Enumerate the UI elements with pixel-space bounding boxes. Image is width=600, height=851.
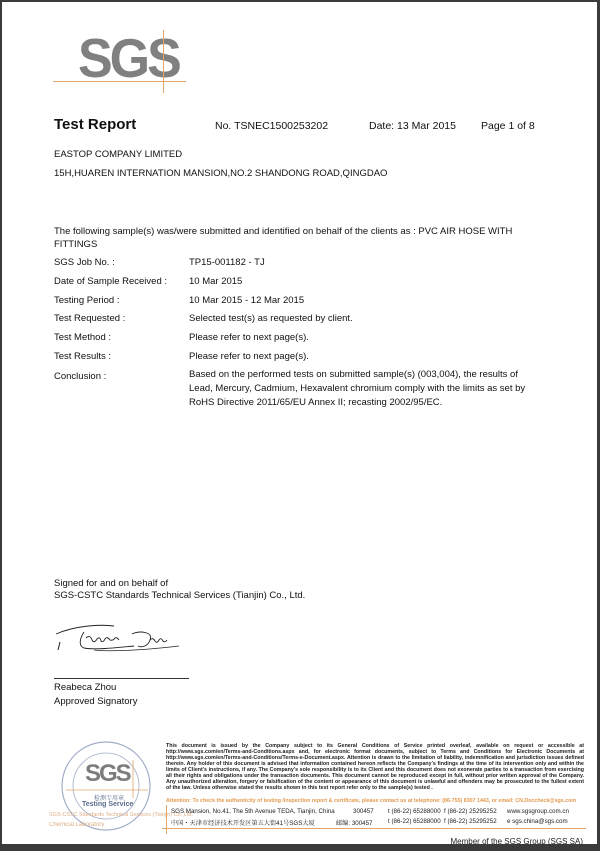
- client-name: EASTOP COMPANY LIMITED: [54, 149, 182, 160]
- stamp-overlay-line-2: Chemical Laboratory: [49, 822, 104, 828]
- report-number: No. TSNEC1500253202: [215, 120, 328, 132]
- logo-horizontal-line: [53, 81, 186, 82]
- field-label-test-method: Test Method :: [54, 332, 111, 343]
- field-value-job-no: TP15-001182 - TJ: [189, 257, 265, 268]
- signature-line: [54, 678, 189, 679]
- signatory-name: Reabeca Zhou: [54, 682, 116, 693]
- stamp-logo: SGS: [85, 760, 130, 788]
- fax-2: f (86-22) 25295252: [444, 818, 497, 825]
- field-label-conclusion: Conclusion :: [54, 371, 106, 382]
- signatory-title: Approved Signatory: [54, 696, 137, 707]
- website-link[interactable]: www.sgsgroup.com.cn: [507, 808, 569, 815]
- authenticity-attention: Attention: To check the authenticity of …: [166, 798, 584, 804]
- field-value-test-requested: Selected test(s) as requested by client.: [189, 313, 353, 324]
- testing-service-stamp: SGS 检测专用章 Testing Service SGS-CSTC Stand…: [52, 738, 164, 836]
- field-value-test-method: Please refer to next page(s).: [189, 332, 309, 343]
- field-value-testing-period: 10 Mar 2015 - 12 Mar 2015: [189, 295, 304, 306]
- field-label-testing-period: Testing Period :: [54, 295, 119, 306]
- footer-horizontal-line: [162, 828, 586, 829]
- page-indicator: Page 1 of 8: [481, 120, 535, 132]
- report-title: Test Report: [54, 116, 136, 133]
- telephone-2: t (86-22) 65288000: [388, 818, 441, 825]
- legal-disclaimer: This document is issued by the Company s…: [166, 743, 584, 791]
- field-label-test-requested: Test Requested :: [54, 313, 125, 324]
- field-value-date-received: 10 Mar 2015: [189, 276, 242, 287]
- member-note: Member of the SGS Group (SGS SA): [451, 837, 584, 846]
- telephone-1: t (86-22) 65288000: [388, 808, 441, 815]
- address-cn: 中国・天津市经济技术开发区第五大街41号SGS大厦: [171, 818, 315, 827]
- report-date: Date: 13 Mar 2015: [369, 120, 456, 132]
- report-page: SGS Test Report No. TSNEC1500253202 Date…: [2, 2, 597, 844]
- postcode-cn: 邮编: 300457: [336, 818, 372, 827]
- sample-intro: The following sample(s) was/were submitt…: [54, 225, 554, 251]
- address-en: SGS Mansion, No.41, The 5th Avenue TEDA,…: [171, 808, 335, 815]
- field-label-job-no: SGS Job No. :: [54, 257, 115, 268]
- email-link[interactable]: e sgs.china@sgs.com: [507, 818, 568, 825]
- postcode-en: 300457: [353, 808, 374, 815]
- signature-image: [54, 620, 184, 660]
- signoff-line-2: SGS-CSTC Standards Technical Services (T…: [54, 590, 305, 601]
- footer-vertical-line: [166, 805, 167, 834]
- signoff-line-1: Signed for and on behalf of: [54, 578, 168, 589]
- field-value-conclusion: Based on the performed tests on submitte…: [189, 368, 539, 410]
- field-label-date-received: Date of Sample Received :: [54, 276, 167, 287]
- logo-vertical-line: [163, 30, 164, 93]
- field-label-test-results: Test Results :: [54, 351, 111, 362]
- field-value-test-results: Please refer to next page(s).: [189, 351, 309, 362]
- fax-1: f (86-22) 25295252: [444, 808, 497, 815]
- client-address: 15H,HUAREN INTERNATION MANSION,NO.2 SHAN…: [54, 168, 387, 179]
- stamp-label: Testing Service: [82, 801, 133, 808]
